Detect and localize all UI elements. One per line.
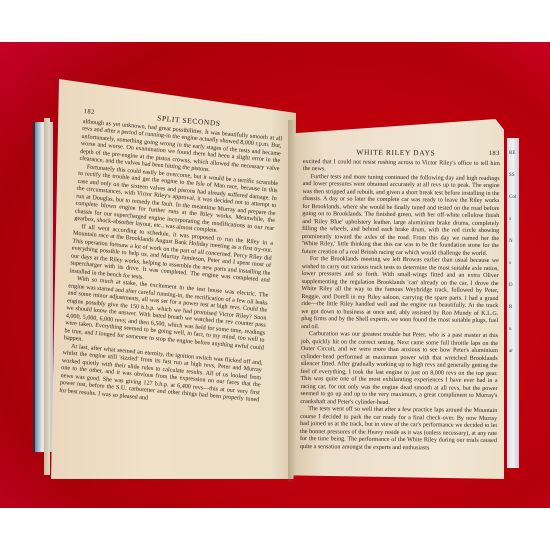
dust-jacket-left-edge [33,122,53,452]
dust-jacket-right-edge: RE SS Col x N s D R u ar [507,138,519,468]
jacket-text: u [509,324,519,336]
left-page-stack-edge [44,118,50,475]
running-head-title: WHITE RILEY DAYS [303,148,489,157]
jacket-text: Col [509,192,519,204]
page-number: 183 [489,150,500,158]
jacket-text: D [509,280,519,292]
jacket-text: R [509,302,519,314]
jacket-text: RE [509,148,519,160]
paragraph: The tests went off so well that after a … [300,406,497,453]
jacket-text: ar [509,346,519,358]
paragraph: For the Brooklands meeting we left Brown… [301,256,499,333]
jacket-text: SS [509,170,519,182]
right-page-text: WHITE RILEY DAYS 183 excited that I coul… [300,148,500,453]
page-number: 182 [83,108,95,116]
paragraph: Carburation was our greatest trouble but… [300,331,498,408]
jacket-text: x [509,214,519,226]
left-page-text: 182 SPLIT SECONDS although as yet unknow… [59,108,283,412]
right-running-head: WHITE RILEY DAYS 183 [303,148,500,158]
paragraph: Further tests and more tuning continued … [302,173,500,258]
jacket-text: s [509,258,519,270]
jacket-text: N [509,236,519,248]
book-gutter [288,120,296,482]
